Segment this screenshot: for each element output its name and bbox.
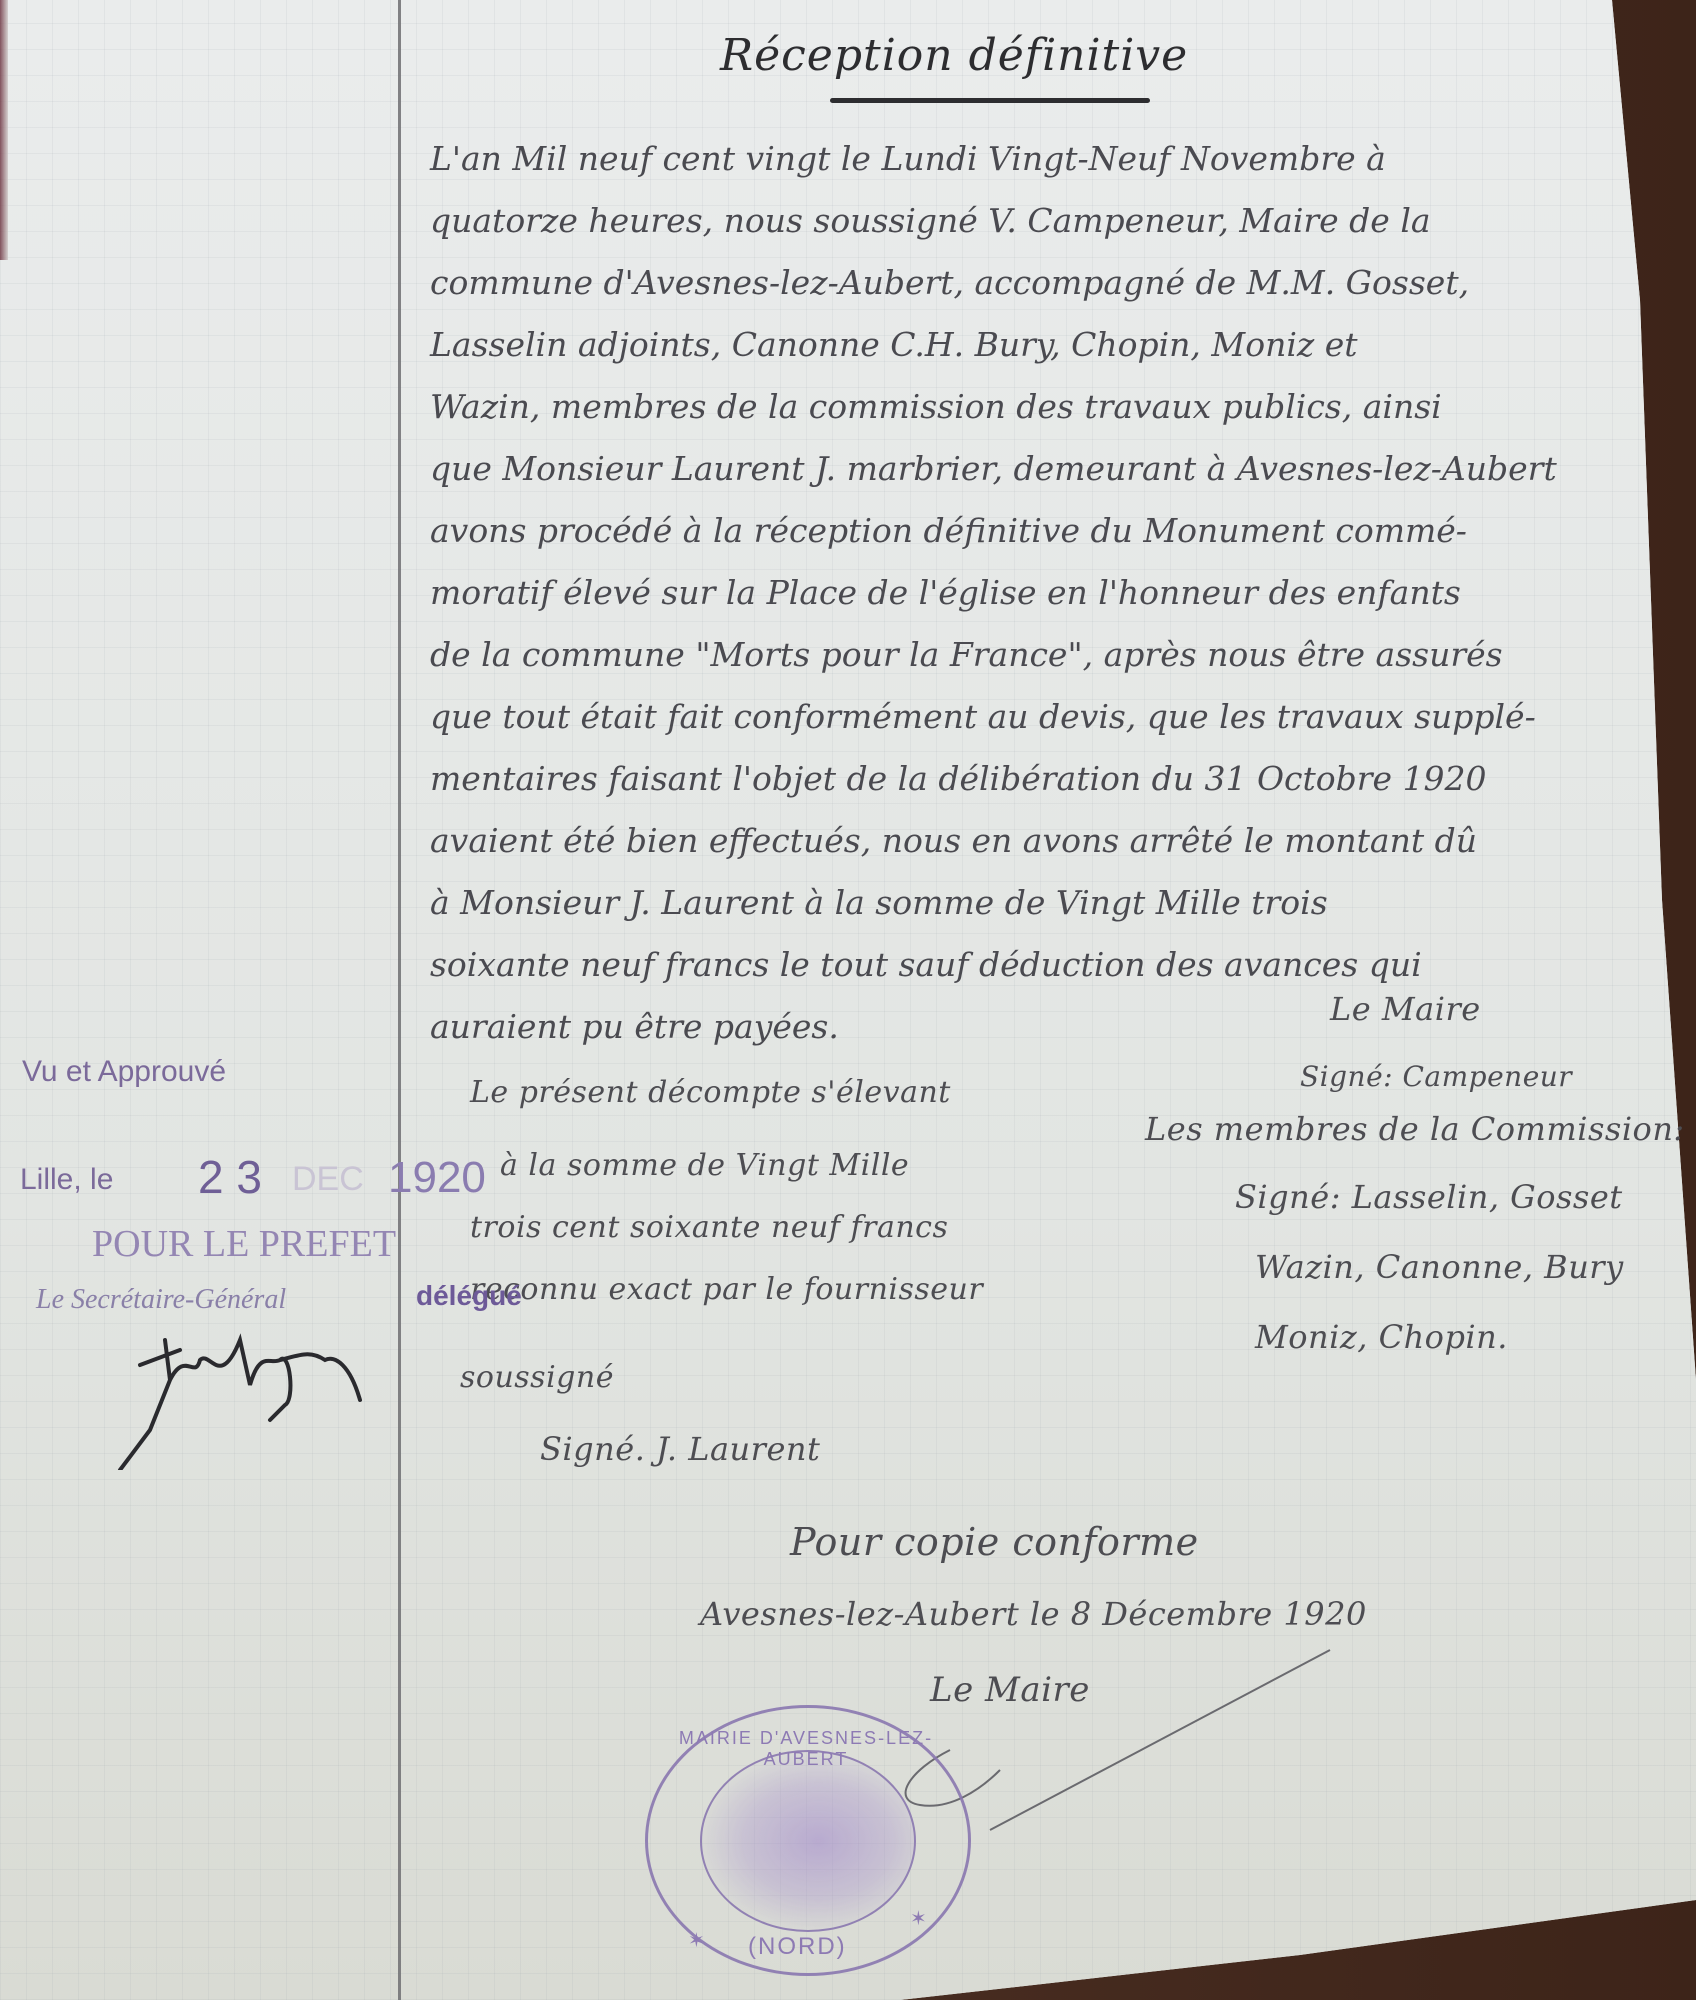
seal-bottom-text: (NORD) [748, 1933, 847, 1961]
document-title: Réception définitive [720, 30, 1188, 81]
body-line: avaient été bien effectués, nous en avon… [430, 810, 1660, 872]
mayor-label: Le Maire [1330, 990, 1481, 1028]
contractor-note-line: reconnu exact par le fournisseur [470, 1272, 983, 1307]
document-body: L'an Mil neuf cent vingt le Lundi Vingt-… [430, 128, 1660, 1058]
seal-top-text: MAIRIE D'AVESNES-LEZ-AUBERT [656, 1728, 956, 1770]
certification-line2: Avesnes-lez-Aubert le 8 Décembre 1920 [700, 1595, 1367, 1633]
margin-rule [398, 0, 401, 2000]
contractor-note-line: Le présent décompte s'élevant [470, 1075, 951, 1110]
body-line: avons procédé à la réception définitive … [430, 500, 1660, 562]
body-line: L'an Mil neuf cent vingt le Lundi Vingt-… [430, 128, 1660, 190]
commission-line: Signé: Lasselin, Gosset [1235, 1178, 1623, 1216]
stamp-year: 1920 [388, 1153, 486, 1203]
stamp-place: Lille, le [20, 1163, 113, 1197]
secretary-signature-icon [110, 1310, 410, 1470]
body-line: mentaires faisant l'objet de la délibéra… [430, 748, 1660, 810]
commission-line: Wazin, Canonne, Bury [1255, 1248, 1624, 1286]
title-underline [830, 98, 1150, 103]
body-line: Wazin, membres de la commission des trav… [430, 376, 1660, 438]
body-line: de la commune "Morts pour la France", ap… [430, 624, 1660, 686]
body-line: quatorze heures, nous soussigné V. Campe… [430, 190, 1660, 252]
stamp-delegate: délégué [416, 1280, 522, 1312]
commission-heading: Les membres de la Commission: [1145, 1110, 1685, 1148]
body-line: à Monsieur J. Laurent à la somme de Ving… [430, 872, 1660, 934]
body-line: moratif élevé sur la Place de l'église e… [430, 562, 1660, 624]
body-line: commune d'Avesnes-lez-Aubert, accompagné… [430, 252, 1660, 314]
body-line: que Monsieur Laurent J. marbrier, demeur… [430, 438, 1660, 500]
body-line: soixante neuf francs le tout sauf déduct… [430, 934, 1660, 996]
paper-edge-shadow [0, 0, 8, 260]
commission-line: Moniz, Chopin. [1255, 1318, 1508, 1356]
seal-star-icon: ✶ [688, 1928, 707, 1953]
body-line: que tout était fait conformément au devi… [430, 686, 1660, 748]
stamp-approved: Vu et Approuvé [22, 1055, 226, 1089]
seal-figure-icon [700, 1750, 916, 1932]
contractor-signed: Signé. J. Laurent [540, 1430, 820, 1468]
mayor-signed: Signé: Campeneur [1300, 1060, 1572, 1093]
stamp-day: 2 3 [198, 1150, 262, 1204]
stamp-month-faded: DEC [292, 1160, 364, 1199]
stamp-for-prefect: POUR LE PREFET [92, 1222, 396, 1266]
body-line: Lasselin adjoints, Canonne C.H. Bury, Ch… [430, 314, 1660, 376]
municipal-seal: MAIRIE D'AVESNES-LEZ-AUBERT (NORD) ✶ ✶ [645, 1705, 971, 1976]
certification-line1: Pour copie conforme [790, 1520, 1199, 1564]
contractor-note-line: trois cent soixante neuf francs [470, 1210, 948, 1245]
contractor-note-line: soussigné [460, 1360, 614, 1395]
contractor-note-line: à la somme de Vingt Mille [500, 1148, 909, 1183]
seal-star-icon: ✶ [910, 1906, 929, 1931]
